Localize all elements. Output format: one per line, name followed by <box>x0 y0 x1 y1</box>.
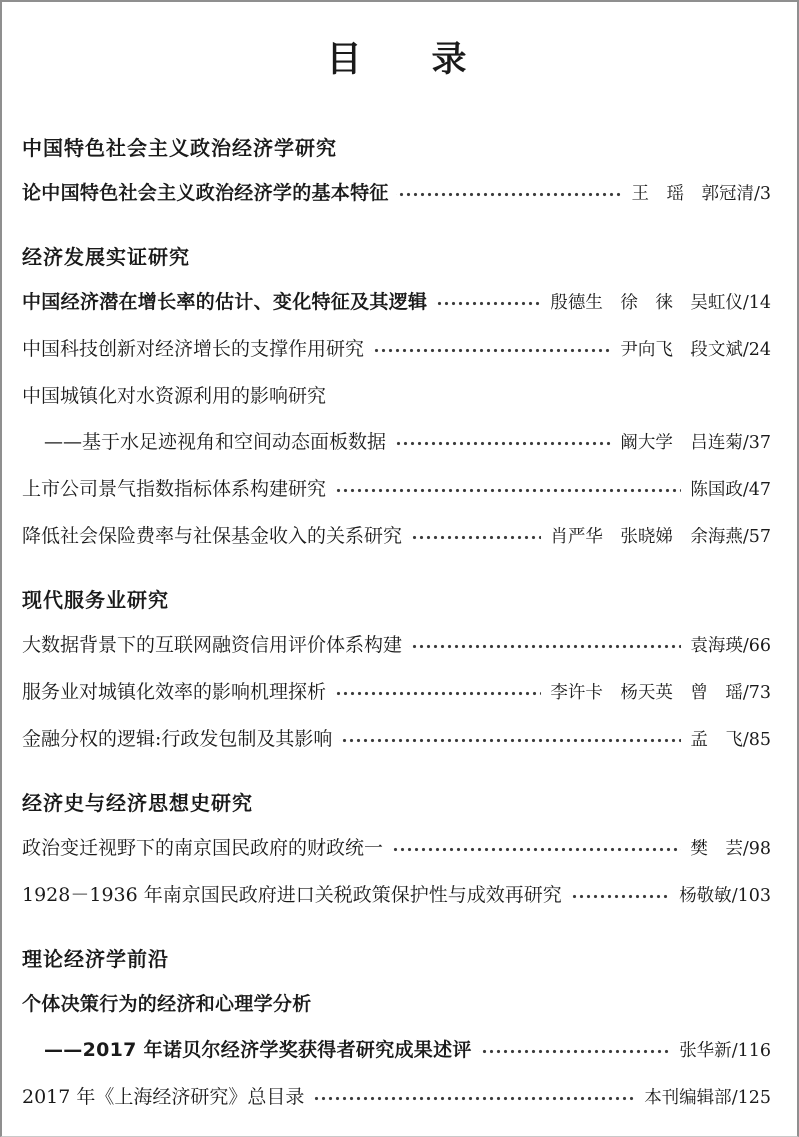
toc-entry: 大数据背景下的互联网融资信用评价体系构建袁海瑛/66 <box>22 633 771 659</box>
entry-page: /37 <box>743 431 771 456</box>
toc-entry: 降低社会保险费率与社保基金收入的关系研究肖严华 张晓娣 余海燕/57 <box>22 524 771 550</box>
entry-page: /73 <box>743 681 771 706</box>
entry-authors: 袁海瑛 <box>690 634 743 659</box>
entry-authors: 本刊编辑部 <box>644 1086 732 1111</box>
entry-title: 中国城镇化对水资源利用的影响研究 <box>22 384 326 409</box>
entry-page: /14 <box>743 291 771 316</box>
entry-page: /47 <box>743 478 771 503</box>
entry-title: 政治变迁视野下的南京国民政府的财政统一 <box>22 836 383 861</box>
dot-leader <box>393 436 611 451</box>
entry-authors: 樊 芸 <box>690 837 743 862</box>
dot-leader <box>333 686 541 701</box>
toc-entry: 政治变迁视野下的南京国民政府的财政统一樊 芸/98 <box>22 836 771 862</box>
entry-authors: 尹向飞 段文斌 <box>620 338 743 363</box>
toc-entry: 1928－1936 年南京国民政府进口关税政策保护性与成效再研究杨敬敏/103 <box>22 883 771 909</box>
toc-entry: 中国城镇化对水资源利用的影响研究 <box>22 384 771 409</box>
entry-title: 大数据背景下的互联网融资信用评价体系构建 <box>22 633 402 658</box>
entry-page: /3 <box>754 182 771 207</box>
section-header: 经济史与经济思想史研究 <box>22 791 771 815</box>
toc-entry: 金融分权的逻辑:行政发包制及其影响孟 飞/85 <box>22 727 771 753</box>
entry-authors: 阚大学 吕连菊 <box>620 431 743 456</box>
toc-scanned-page: 目 录 中国特色社会主义政治经济学研究论中国特色社会主义政治经济学的基本特征王 … <box>0 0 799 1137</box>
entry-title: 上市公司景气指数指标体系构建研究 <box>22 477 326 502</box>
dot-leader <box>371 343 611 358</box>
entry-authors: 肖严华 张晓娣 余海燕 <box>550 525 743 550</box>
section-header: 现代服务业研究 <box>22 588 771 612</box>
toc-entry: ——2017 年诺贝尔经济学奖获得者研究成果述评张华新/116 <box>22 1038 771 1064</box>
dot-leader <box>333 483 681 498</box>
section-header: 经济发展实证研究 <box>22 245 771 269</box>
toc-entry: 上市公司景气指数指标体系构建研究陈国政/47 <box>22 477 771 503</box>
entry-title: 服务业对城镇化效率的影响机理探析 <box>22 680 326 705</box>
entry-page: /125 <box>732 1086 771 1111</box>
toc-entry: 服务业对城镇化效率的影响机理探析李许卡 杨天英 曾 瑶/73 <box>22 680 771 706</box>
entry-title: 1928－1936 年南京国民政府进口关税政策保护性与成效再研究 <box>22 883 562 908</box>
dot-leader <box>396 187 623 202</box>
entry-authors: 陈国政 <box>690 478 743 503</box>
entry-page: /24 <box>743 338 771 363</box>
section-header: 中国特色社会主义政治经济学研究 <box>22 136 771 160</box>
entry-title: 金融分权的逻辑:行政发包制及其影响 <box>22 727 332 752</box>
entry-authors: 殷德生 徐 徕 吴虹仪 <box>550 291 743 316</box>
entry-page: /116 <box>732 1039 771 1064</box>
entry-title: 2017 年《上海经济研究》总目录 <box>22 1085 304 1110</box>
page-title: 目 录 <box>22 36 771 84</box>
entry-page: /85 <box>743 728 771 753</box>
dot-leader <box>479 1044 670 1059</box>
toc-content: 中国特色社会主义政治经济学研究论中国特色社会主义政治经济学的基本特征王 瑶 郭冠… <box>22 136 771 1111</box>
dot-leader <box>311 1091 635 1106</box>
toc-entry: 2017 年《上海经济研究》总目录本刊编辑部/125 <box>22 1085 771 1111</box>
dot-leader <box>434 296 541 311</box>
entry-title: ——2017 年诺贝尔经济学奖获得者研究成果述评 <box>44 1038 472 1063</box>
entry-page: /98 <box>743 837 771 862</box>
entry-title: 中国科技创新对经济增长的支撑作用研究 <box>22 337 364 362</box>
dot-leader <box>569 889 670 904</box>
dot-leader <box>409 639 681 654</box>
entry-authors: 孟 飞 <box>690 728 743 753</box>
toc-entry: 中国科技创新对经济增长的支撑作用研究尹向飞 段文斌/24 <box>22 337 771 363</box>
entry-title: 中国经济潜在增长率的估计、变化特征及其逻辑 <box>22 290 427 315</box>
entry-title: 论中国特色社会主义政治经济学的基本特征 <box>22 181 389 206</box>
entry-page: /103 <box>732 884 771 909</box>
dot-leader <box>339 733 681 748</box>
entry-authors: 杨敬敏 <box>679 884 732 909</box>
entry-authors: 王 瑶 郭冠清 <box>631 182 754 207</box>
toc-entry: 中国经济潜在增长率的估计、变化特征及其逻辑殷德生 徐 徕 吴虹仪/14 <box>22 290 771 316</box>
section-header: 理论经济学前沿 <box>22 947 771 971</box>
dot-leader <box>409 530 541 545</box>
entry-page: /66 <box>743 634 771 659</box>
entry-page: /57 <box>743 525 771 550</box>
toc-entry: 论中国特色社会主义政治经济学的基本特征王 瑶 郭冠清/3 <box>22 181 771 207</box>
entry-authors: 李许卡 杨天英 曾 瑶 <box>550 681 743 706</box>
entry-title: ——基于水足迹视角和空间动态面板数据 <box>44 430 386 455</box>
entry-title: 个体决策行为的经济和心理学分析 <box>22 992 312 1017</box>
entry-authors: 张华新 <box>679 1039 732 1064</box>
toc-entry: ——基于水足迹视角和空间动态面板数据阚大学 吕连菊/37 <box>22 430 771 456</box>
toc-entry: 个体决策行为的经济和心理学分析 <box>22 992 771 1017</box>
dot-leader <box>390 842 681 857</box>
entry-title: 降低社会保险费率与社保基金收入的关系研究 <box>22 524 402 549</box>
